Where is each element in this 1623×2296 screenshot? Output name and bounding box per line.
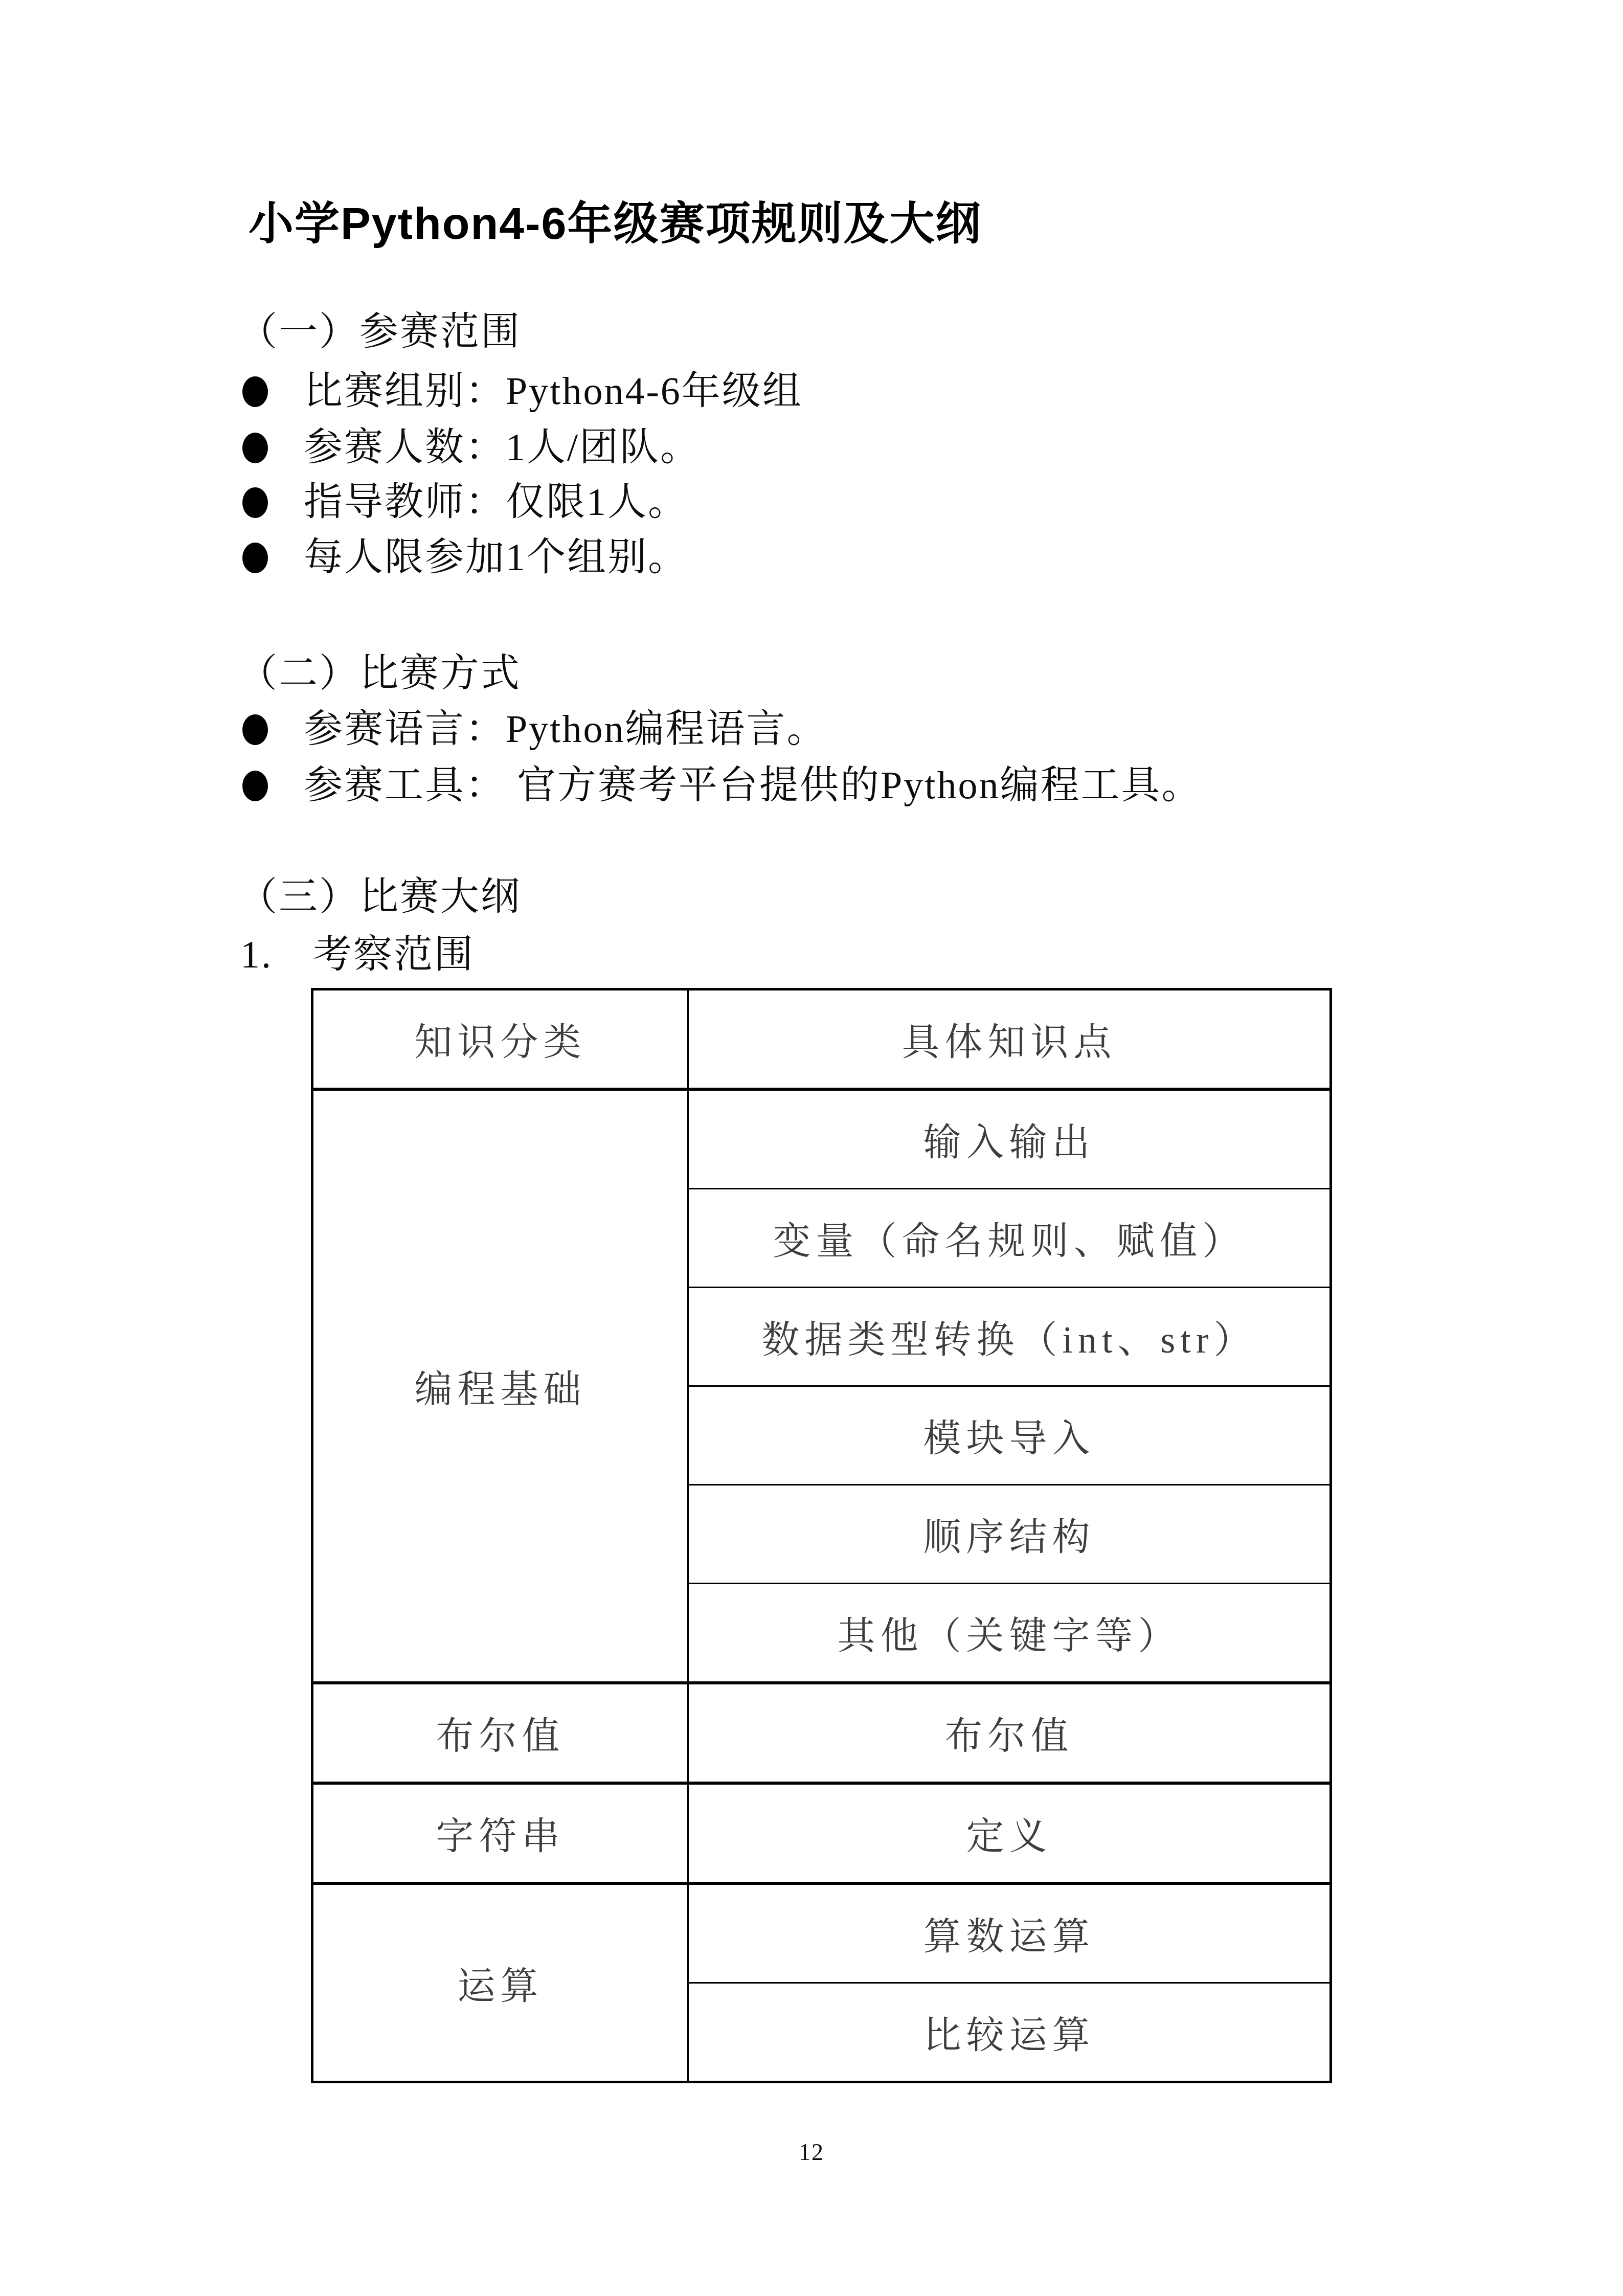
page-title: 小学Python4-6年级赛项规则及大纲 <box>249 200 981 247</box>
cell-category-boolean: 布尔值 <box>312 1683 688 1783</box>
cell-point: 模块导入 <box>688 1386 1331 1485</box>
table-row: 运算 算数运算 <box>312 1883 1331 1983</box>
cell-point: 布尔值 <box>688 1683 1331 1783</box>
table-header-row: 知识分类 具体知识点 <box>312 989 1331 1090</box>
bullet-icon <box>242 714 268 745</box>
cell-point: 定义 <box>688 1783 1331 1883</box>
list-item-text: 参赛语言：Python编程语言。 <box>304 707 827 752</box>
cell-point: 算数运算 <box>688 1883 1331 1983</box>
syllabus-table: 知识分类 具体知识点 编程基础 输入输出 变量（命名规则、赋值） 数据类型转换（… <box>311 988 1332 2083</box>
cell-point: 数据类型转换（int、str） <box>688 1288 1331 1386</box>
header-cell-knowledge-category: 知识分类 <box>312 989 688 1090</box>
table-row: 编程基础 输入输出 <box>312 1089 1331 1189</box>
cell-point: 输入输出 <box>688 1089 1331 1189</box>
cell-point: 比较运算 <box>688 1983 1331 2082</box>
list-item: 参赛人数：1人/团队。 <box>242 425 701 470</box>
list-item: 指导教师：仅限1人。 <box>242 480 688 525</box>
list-item: 每人限参加1个组别。 <box>242 535 688 580</box>
cell-category-programming-basics: 编程基础 <box>312 1089 688 1683</box>
list-item: 参赛工具： 官方赛考平台提供的Python编程工具。 <box>242 763 1202 808</box>
section-heading-competition-method: （二）比赛方式 <box>238 652 521 695</box>
document-page: 小学Python4-6年级赛项规则及大纲 （一）参赛范围 比赛组别：Python… <box>0 0 1623 2296</box>
cell-category-operations: 运算 <box>312 1883 688 2082</box>
table-row: 布尔值 布尔值 <box>312 1683 1331 1783</box>
list-item: 比赛组别：Python4-6年级组 <box>242 369 803 414</box>
list-item-text: 每人限参加1个组别。 <box>304 535 688 580</box>
bullet-icon <box>242 487 268 518</box>
cell-point: 顺序结构 <box>688 1485 1331 1584</box>
page-number: 12 <box>0 2139 1623 2166</box>
cell-point: 变量（命名规则、赋值） <box>688 1189 1331 1288</box>
bullet-icon <box>242 771 268 801</box>
bullet-icon <box>242 543 268 573</box>
bullet-icon <box>242 433 268 463</box>
list-item-text: 指导教师：仅限1人。 <box>304 480 688 525</box>
list-item-text: 参赛人数：1人/团队。 <box>304 425 701 470</box>
numbered-item-exam-scope: 1. 考察范围 <box>240 934 475 977</box>
header-cell-knowledge-points: 具体知识点 <box>688 989 1331 1090</box>
section-heading-competition-outline: （三）比赛大纲 <box>238 876 521 919</box>
list-item-text: 比赛组别：Python4-6年级组 <box>304 369 803 414</box>
list-item: 参赛语言：Python编程语言。 <box>242 707 827 752</box>
section-heading-participation-scope: （一）参赛范围 <box>238 311 521 354</box>
cell-point: 其他（关键字等） <box>688 1584 1331 1683</box>
table-row: 字符串 定义 <box>312 1783 1331 1883</box>
bullet-icon <box>242 376 268 407</box>
cell-category-string: 字符串 <box>312 1783 688 1883</box>
list-item-text: 参赛工具： 官方赛考平台提供的Python编程工具。 <box>304 763 1202 808</box>
